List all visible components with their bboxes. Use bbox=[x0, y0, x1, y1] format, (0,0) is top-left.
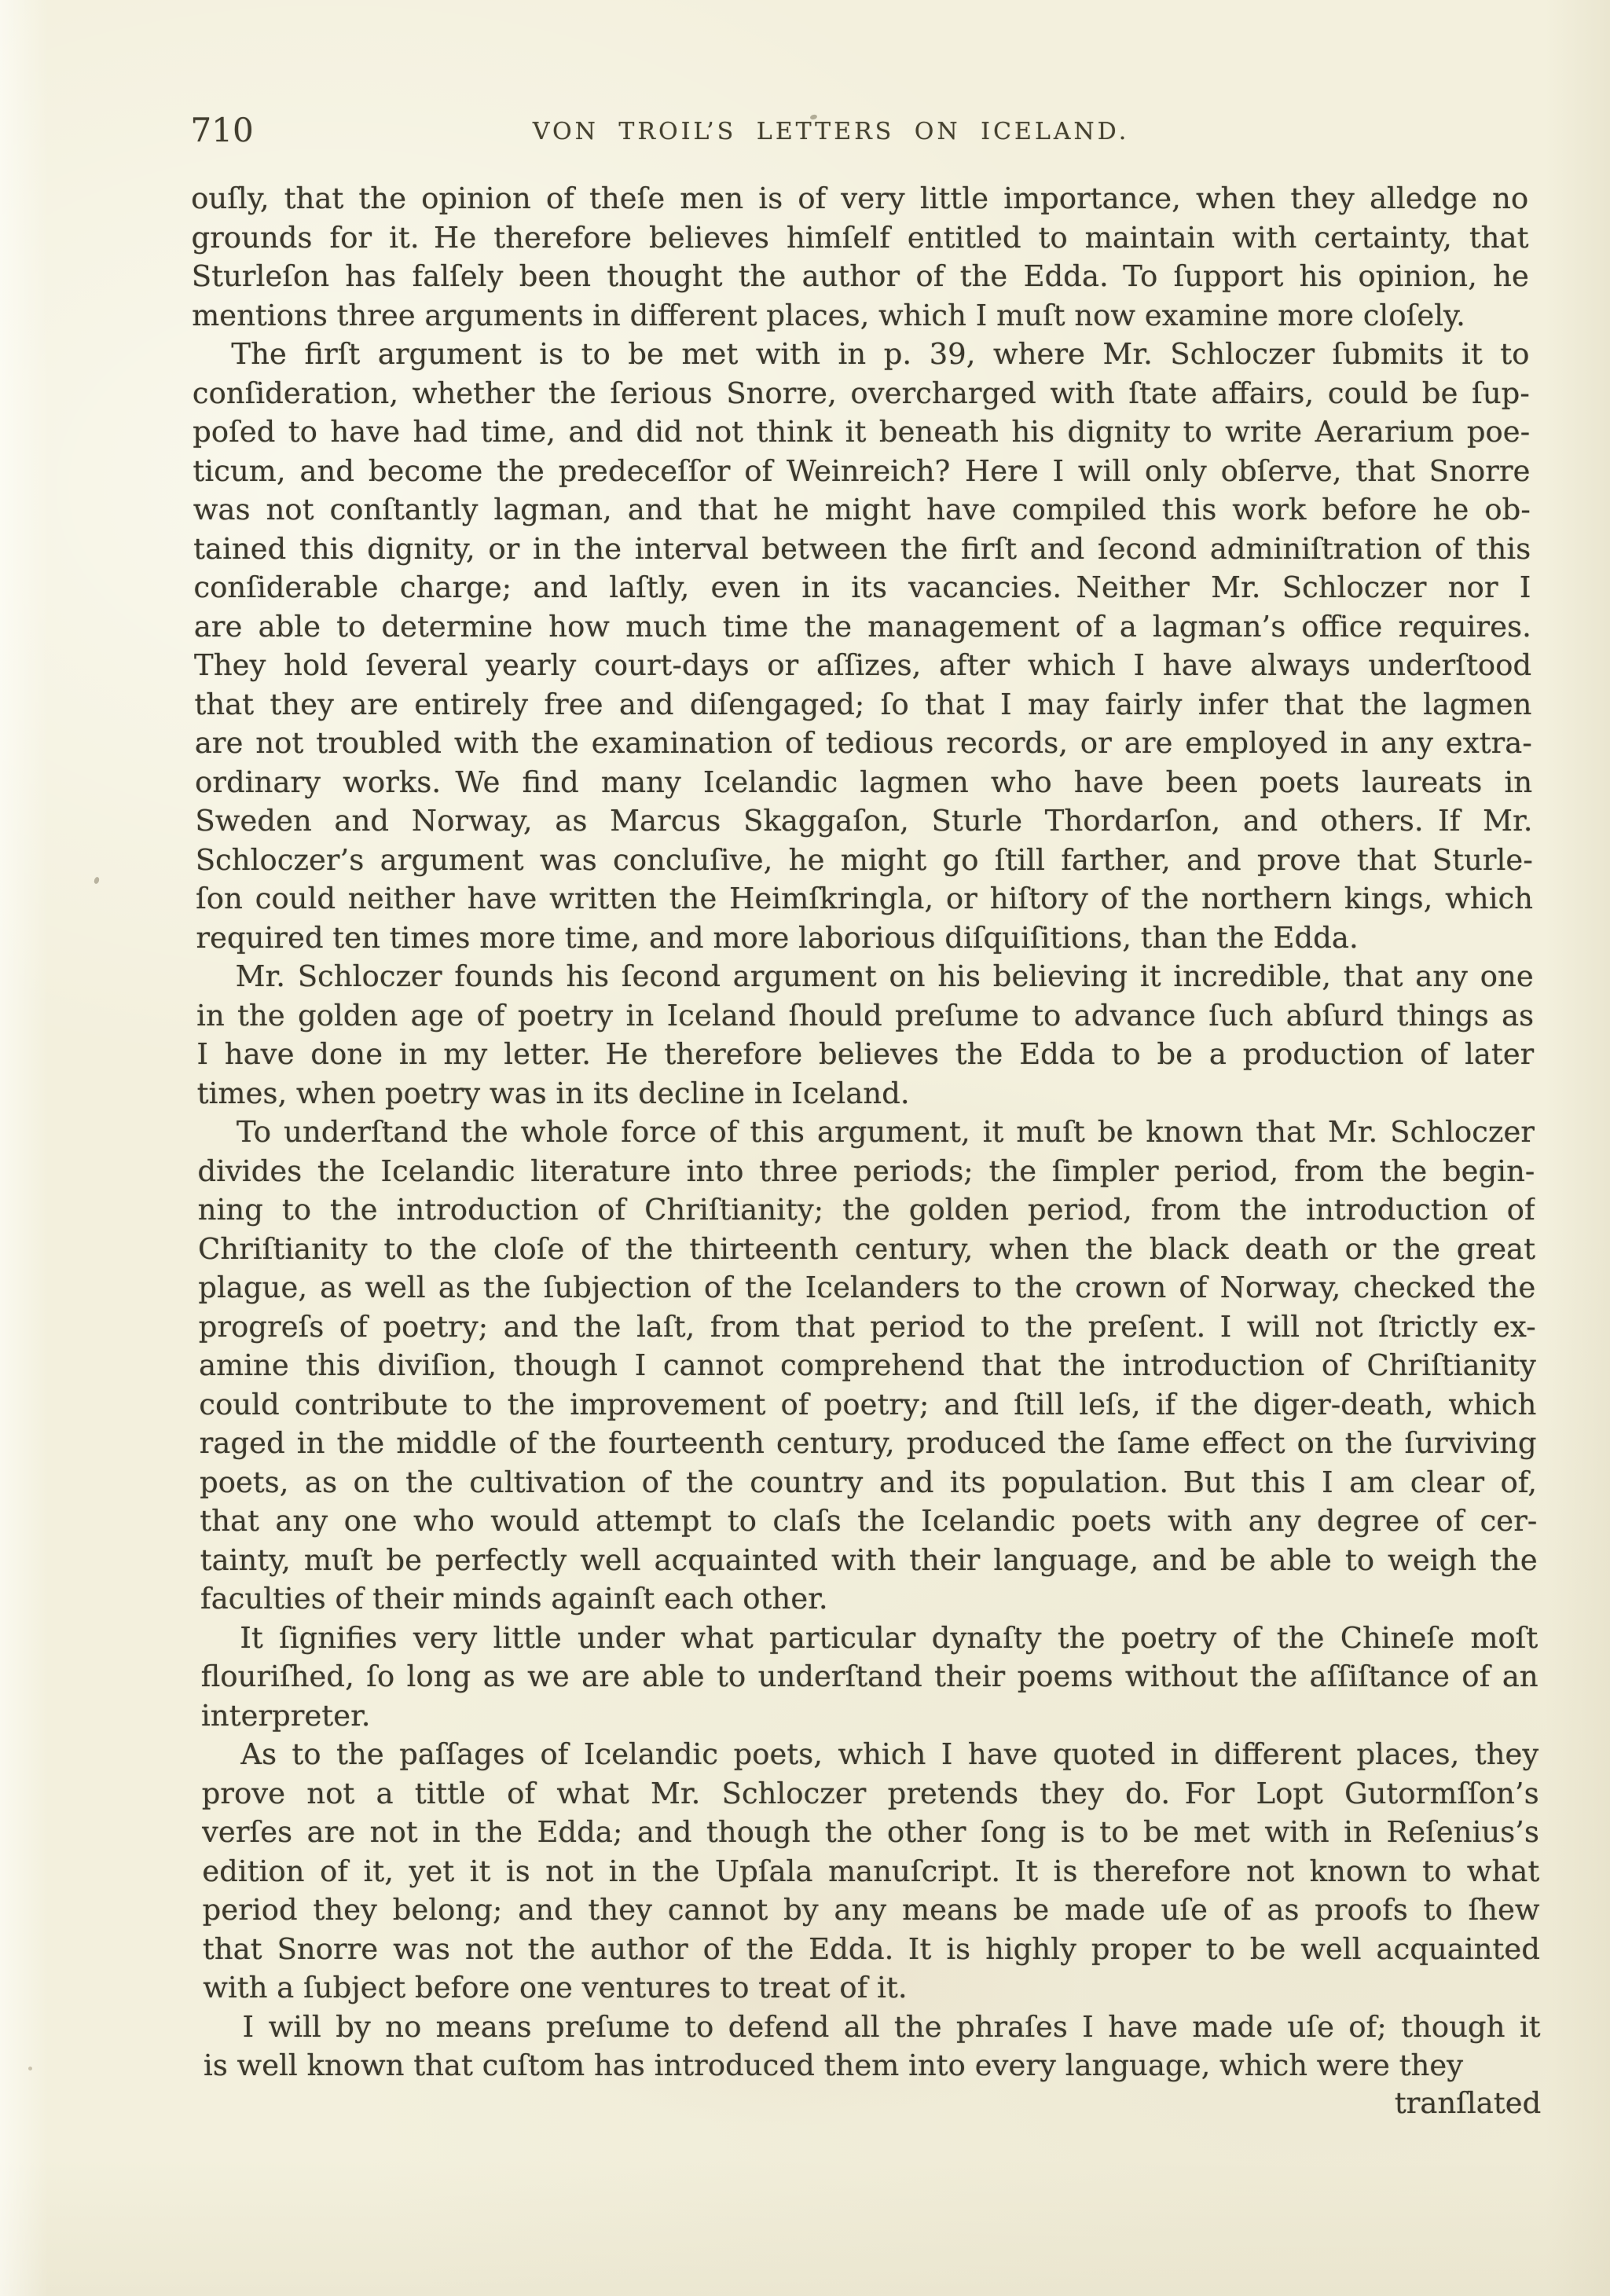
running-title: VON TROIL’S LETTERS ON ICELAND. bbox=[533, 116, 1130, 148]
text-line: grounds for it. He therefore believes hi… bbox=[191, 218, 1528, 258]
text-line: flouriſhed, ſo long as we are able to un… bbox=[200, 1657, 1538, 1696]
text-line: conſideration, whether the ſerious Snorr… bbox=[193, 374, 1530, 413]
text-line: The firſt argument is to be met with in … bbox=[192, 335, 1529, 374]
paragraph: ouſly, that the opinion of theſe men is … bbox=[191, 179, 1529, 335]
text-line: To underſtand the whole force of this ar… bbox=[197, 1113, 1535, 1152]
paragraph: It ſignifies very little under what part… bbox=[200, 1619, 1538, 1736]
text-line: in the golden age of poetry in Iceland ſ… bbox=[196, 996, 1534, 1036]
text-line: It ſignifies very little under what part… bbox=[200, 1619, 1538, 1658]
text-line: was not conſtantly lagman, and that he m… bbox=[193, 490, 1531, 530]
text-line: with a ſubject before one ventures to tr… bbox=[203, 1968, 1540, 2008]
text-line: Chriſtianity to the cloſe of the thirtee… bbox=[198, 1230, 1535, 1269]
text-line: ouſly, that the opinion of theſe men is … bbox=[191, 179, 1528, 218]
text-line: As to the paſſages of Icelandic poets, w… bbox=[201, 1735, 1538, 1774]
text-line: They hold ſeveral yearly court-days or a… bbox=[194, 646, 1531, 685]
page-body: ouſly, that the opinion of theſe men is … bbox=[191, 179, 1541, 2085]
text-line: are not troubled with the examination of… bbox=[195, 724, 1532, 763]
page-number: 710 bbox=[190, 112, 253, 149]
text-line: I have done in my letter. He therefore b… bbox=[196, 1035, 1534, 1074]
paragraph: The firſt argument is to be met with in … bbox=[192, 335, 1533, 957]
text-line: tained this dignity, or in the interval … bbox=[193, 530, 1531, 569]
text-line: faculties of their minds againſt each ot… bbox=[200, 1579, 1538, 1619]
text-line: required ten times more time, and more l… bbox=[196, 919, 1533, 958]
text-line: interpreter. bbox=[201, 1696, 1538, 1736]
text-line: conſiderable charge; and laſtly, even in… bbox=[193, 568, 1531, 607]
text-line: prove not a tittle of what Mr. Schloczer… bbox=[201, 1774, 1538, 1814]
text-line: ning to the introduction of Chriſtianity… bbox=[198, 1190, 1535, 1230]
text-line: Schloczer’s argument was concluſive, he … bbox=[196, 841, 1533, 880]
text-line: ticum, and become the predeceſſor of Wei… bbox=[193, 452, 1530, 491]
text-line: mentions three arguments in different pl… bbox=[192, 296, 1529, 336]
text-line: ordinary works. We find many Icelandic l… bbox=[195, 763, 1532, 802]
text-line: poſed to have had time, and did not thin… bbox=[193, 413, 1530, 452]
text-line: raged in the middle of the fourteenth ce… bbox=[199, 1424, 1536, 1463]
paper-speck bbox=[28, 2067, 32, 2070]
paragraph: Mr. Schloczer founds his ſecond argument… bbox=[196, 957, 1535, 1113]
text-line: ſon could neither have written the Heimſ… bbox=[196, 879, 1533, 919]
text-line: poets, as on the cultivation of the coun… bbox=[200, 1463, 1537, 1502]
text-line: are able to determine how much time the … bbox=[194, 607, 1531, 647]
catchword-row: tranſlated bbox=[204, 2084, 1541, 2123]
paragraph: I will by no means preſume to defend all… bbox=[203, 2008, 1541, 2085]
text-line: verſes are not in the Edda; and though t… bbox=[202, 1813, 1539, 1852]
text-line: amine this diviſion, though I cannot com… bbox=[199, 1346, 1536, 1385]
text-line: progreſs of poetry; and the laſt, from t… bbox=[199, 1308, 1536, 1347]
text-line: divides the Icelandic literature into th… bbox=[197, 1152, 1535, 1191]
text-line: that Snorre was not the author of the Ed… bbox=[203, 1930, 1540, 1969]
text-line: times, when poetry was in its decline in… bbox=[197, 1074, 1535, 1113]
text-line: that any one who would attempt to claſs … bbox=[200, 1502, 1537, 1541]
text-line: Sweden and Norway, as Marcus Skaggaſon, … bbox=[195, 801, 1532, 841]
text-line: period they belong; and they cannot by a… bbox=[202, 1891, 1539, 1930]
text-line: is well known that cuſtom has introduced… bbox=[204, 2046, 1541, 2085]
text-line: tainty, muſt be perfectly well acquainte… bbox=[200, 1541, 1537, 1580]
running-head: 710 VON TROIL’S LETTERS ON ICELAND. bbox=[190, 110, 1527, 160]
text-line: I will by no means preſume to defend all… bbox=[203, 2008, 1540, 2047]
text-line: Sturleſon has falſely been thought the a… bbox=[192, 257, 1529, 296]
paragraph: To underſtand the whole force of this ar… bbox=[197, 1113, 1538, 1619]
text-line: Mr. Schloczer founds his ſecond argument… bbox=[196, 957, 1534, 996]
page-content: 710 VON TROIL’S LETTERS ON ICELAND. ouſl… bbox=[0, 0, 1610, 2296]
text-line: edition of it, yet it is not in the Upſa… bbox=[202, 1852, 1539, 1891]
text-line: could contribute to the improvement of p… bbox=[199, 1385, 1536, 1425]
book-page: 710 VON TROIL’S LETTERS ON ICELAND. ouſl… bbox=[0, 0, 1610, 2296]
paragraph: As to the paſſages of Icelandic poets, w… bbox=[201, 1735, 1540, 2008]
text-line: plague, as well as the ſubjection of the… bbox=[198, 1268, 1535, 1308]
catchword: tranſlated bbox=[1395, 2086, 1542, 2120]
text-line: that they are entirely free and diſengag… bbox=[194, 685, 1531, 724]
